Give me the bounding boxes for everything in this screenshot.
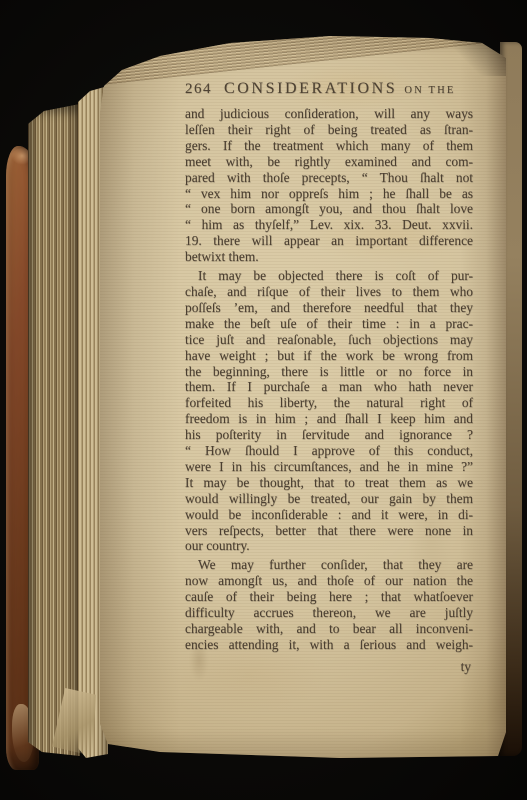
text-line: and judicious conſideration, will any wa… — [185, 106, 473, 122]
text-line: would be inconſiderable : and it were, i… — [185, 507, 473, 523]
text-line: poſſeſs ’em, and therefore needful that … — [185, 300, 473, 316]
text-line: forfeited his liberty, the natural right… — [185, 395, 473, 411]
catchword: ty — [185, 659, 473, 675]
paragraph: and judicious conſideration, will any wa… — [185, 106, 473, 265]
text-line: chaſe, and riſque of their lives to them… — [185, 284, 473, 300]
text-line: have weight ; but if the work be wrong f… — [185, 348, 473, 364]
text-line: now amongſt us, and thoſe of our nation … — [185, 573, 473, 589]
text-line: “ vex him nor oppreſs him ; he ſhall be … — [185, 186, 473, 202]
text-line: gers. If the treatment which many of the… — [185, 138, 473, 154]
text-line: them. If I purchaſe a man who hath never — [185, 379, 473, 395]
book-photo: 264 CONSIDERATIONS ON THE and judicious … — [0, 0, 527, 800]
running-title: CONSIDERATIONS — [224, 80, 397, 98]
text-line: cauſe of their being here ; that whatſoe… — [185, 589, 473, 605]
text-line: tice juſt and reaſonable, ſuch objection… — [185, 332, 473, 348]
text-line: “ How ſhould I approve of this conduct, — [185, 443, 473, 459]
text-line: “ him as thyſelf,” Lev. xix. 33. Deut. x… — [185, 217, 473, 233]
text-line: pared with thoſe precepts, “ Thou ſhalt … — [185, 170, 473, 186]
text-line: vers reſpects, better that there were no… — [185, 523, 473, 539]
text-line: 19. there will appear an important diffe… — [185, 233, 473, 249]
running-title-suffix: ON THE — [404, 85, 455, 96]
book-page: 264 CONSIDERATIONS ON THE and judicious … — [100, 30, 506, 758]
text-line: our country. — [185, 538, 473, 554]
running-head: 264 CONSIDERATIONS ON THE — [185, 80, 475, 98]
page-number: 264 — [185, 81, 212, 98]
text-block: and judicious conſideration, will any wa… — [185, 106, 473, 675]
text-line: leſſen their right of being treated as ſ… — [185, 122, 473, 138]
text-line: his poſterity in ſervitude and ignorance… — [185, 427, 473, 443]
paragraph: We may further conſider, that they areno… — [185, 557, 473, 652]
text-line: It may be thought, that to treat them as… — [185, 475, 473, 491]
text-line: encies attending it, with a ſerious and … — [185, 637, 473, 653]
text-line: make the beſt uſe of their time : in a p… — [185, 316, 473, 332]
text-line: meet with, be rightly examined and com- — [185, 154, 473, 170]
text-line: “ one born amongſt you, and thou ſhalt l… — [185, 201, 473, 217]
text-line: the beginning, there is little or no for… — [185, 364, 473, 380]
text-line: betwixt them. — [185, 249, 473, 265]
paragraph: It may be objected there is coſt of pur-… — [185, 268, 473, 554]
text-line: It may be objected there is coſt of pur- — [185, 268, 473, 284]
text-line: freedom is in him ; and ſhall I keep him… — [185, 411, 473, 427]
top-right-corner-shadow — [428, 30, 506, 76]
text-line: were I in his circumſtances, and he in m… — [185, 459, 473, 475]
text-line: chargeable with, and to bear all inconve… — [185, 621, 473, 637]
fore-edge-pages-outer — [28, 104, 80, 756]
text-line: difficulty accrues thereon, we are juſtl… — [185, 605, 473, 621]
text-line: would willingly be treated, our gain by … — [185, 491, 473, 507]
text-line: We may further conſider, that they are — [185, 557, 473, 573]
